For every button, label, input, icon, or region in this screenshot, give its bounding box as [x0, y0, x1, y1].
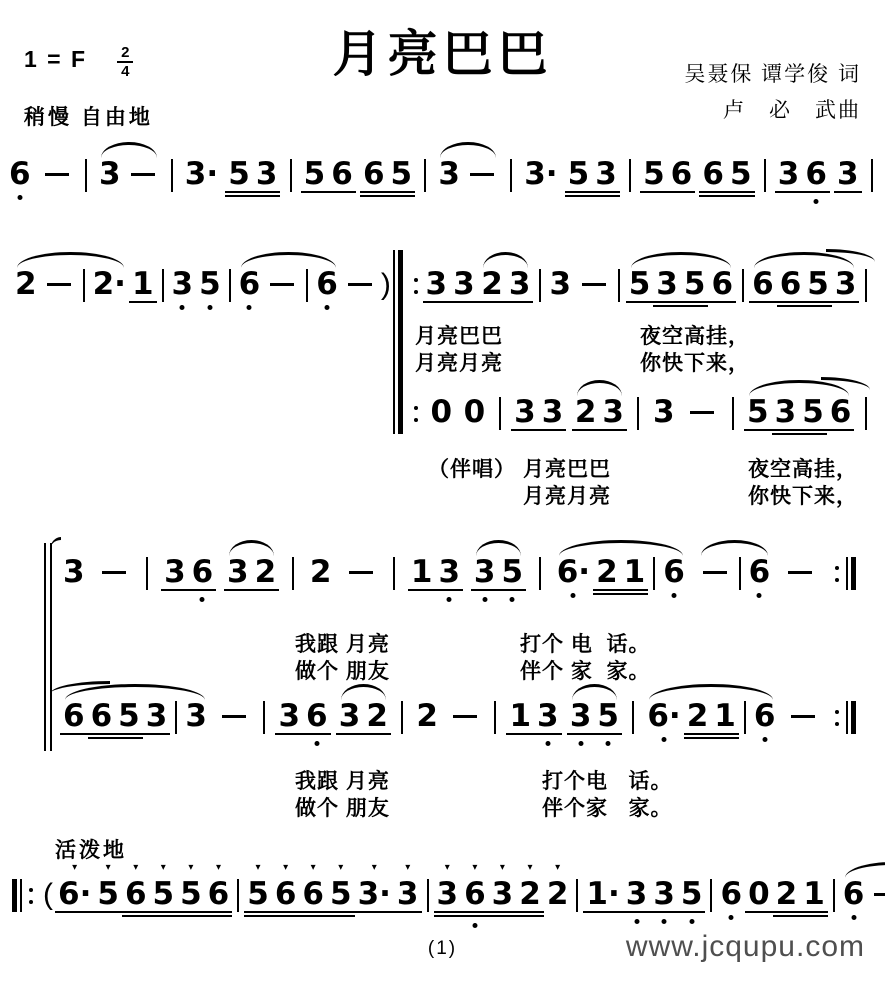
bracket-line: [50, 543, 52, 751]
repeat-dot: [414, 418, 418, 422]
note: 1: [129, 268, 157, 303]
note: 0: [461, 396, 489, 431]
note: 3: [423, 268, 451, 303]
note: 3: [772, 396, 800, 431]
note-group: [575, 268, 613, 286]
note: 2: [413, 700, 441, 735]
barline: [539, 557, 541, 590]
staccato-mark: ▾: [372, 863, 377, 873]
repeat-thick-bar: [851, 557, 856, 590]
note: 6: [749, 268, 777, 303]
note: 5: [799, 396, 827, 431]
lyric: 做个 朋友: [295, 792, 390, 822]
lyric: 伴个 家 家。: [520, 655, 651, 685]
note: 3: [547, 268, 575, 303]
octave-dot: [510, 597, 515, 602]
music-line-melody-line-2-intro: 22·13566): [12, 268, 386, 303]
staccato-mark: ▾: [106, 863, 111, 873]
note: 5: [640, 158, 668, 193]
octave-dot: [757, 593, 762, 598]
note: 1: [711, 700, 739, 735]
octave-dot: [814, 199, 819, 204]
note-group: 66: [236, 268, 341, 303]
note: 3: [511, 396, 539, 431]
barline: [632, 701, 634, 734]
note: 3: [143, 700, 171, 735]
repeat-dots: [835, 558, 839, 589]
note: 2▾: [544, 878, 572, 913]
repeat-dot: [835, 722, 839, 726]
note-group: [571, 878, 583, 912]
note-group: [627, 700, 639, 734]
octave-dot: [662, 919, 667, 924]
octave-dot: [662, 737, 667, 742]
note-group: [8, 878, 41, 912]
music-line-melody-line-1: 633·53566533·535665363: [6, 158, 878, 193]
note-group: 3▾6▾3▾2▾: [434, 878, 544, 913]
note-group: 32: [224, 556, 279, 591]
staccato-mark: ▾: [338, 863, 343, 873]
note-group: [342, 556, 380, 574]
barline: [710, 879, 712, 912]
octave-dot: [634, 919, 639, 924]
note-group: 0: [461, 396, 489, 431]
note: 3: [336, 700, 364, 735]
note-group: 3: [169, 268, 197, 303]
music-line-accompaniment-line: 00332335356: [410, 396, 872, 431]
octave-dot: [672, 593, 677, 598]
note: 3: [224, 556, 252, 591]
sustain-dash: [582, 283, 606, 286]
sustain-dash: [453, 715, 477, 718]
repeat-start: [12, 878, 37, 912]
note: 5: [744, 396, 772, 431]
note: 6: [303, 700, 331, 735]
note: 5▾: [177, 878, 205, 913]
barline: [290, 159, 292, 192]
note: 6: [189, 556, 217, 591]
lyric: 月亮月亮: [523, 480, 611, 510]
note: 6▾: [272, 878, 300, 913]
octave-dot: [762, 737, 767, 742]
note-group: 5▾6▾6▾5▾: [244, 878, 354, 913]
barline: [653, 557, 655, 590]
note-group: [505, 158, 517, 192]
note-group: 65: [360, 158, 415, 193]
note-group: [494, 396, 506, 430]
note: 6: [60, 700, 88, 735]
note-group: [95, 556, 133, 574]
note: 3: [650, 396, 678, 431]
note-group: 3: [435, 158, 501, 193]
barline: [83, 269, 85, 302]
barline: [162, 269, 164, 302]
note-group: [396, 700, 408, 734]
note-group: [410, 396, 422, 429]
note: 3: [96, 158, 124, 193]
sustain-dash: [131, 173, 155, 176]
note-group: 1·3: [583, 878, 650, 913]
barline: [175, 701, 177, 734]
note-group: 35: [650, 878, 705, 913]
note: 2▾: [516, 878, 544, 913]
barline: [510, 159, 512, 192]
sustain-dash: [349, 571, 373, 574]
repeat-dots: [29, 880, 33, 911]
staccato-mark: ▾: [216, 863, 221, 873]
note-group: [727, 396, 739, 430]
octave-dot: [17, 195, 22, 200]
repeat-dot: [835, 566, 839, 570]
note-group: 3·▾3▾: [355, 878, 422, 913]
barline: [865, 397, 867, 430]
note: 6: [777, 268, 805, 303]
note: 3: [506, 268, 534, 303]
barline: [427, 879, 429, 912]
barline: [263, 701, 265, 734]
note-group: 3·: [521, 158, 560, 193]
note: 6: [717, 878, 745, 913]
lyric: 做个 朋友: [295, 655, 390, 685]
note: 3: [592, 158, 620, 193]
note-group: (: [41, 878, 55, 911]
note-group: [410, 268, 422, 301]
repeat-end: [831, 556, 856, 590]
note-group: 3: [96, 158, 162, 193]
sustain-dash: [47, 283, 71, 286]
note: 6: [6, 158, 34, 193]
staccato-mark: ▾: [161, 863, 166, 873]
barline: [742, 269, 744, 302]
staccato-mark: ▾: [283, 863, 288, 873]
note-group: [287, 556, 299, 590]
note: 6: [802, 158, 830, 193]
note: 3: [253, 158, 281, 193]
barline: [499, 397, 501, 430]
note: 3▾: [434, 878, 462, 913]
note-group: [534, 268, 546, 302]
octave-dot: [247, 305, 252, 310]
backing-vocal-label: （伴唱）: [428, 453, 516, 483]
note: 3: [650, 878, 678, 913]
note-group: 23: [478, 268, 533, 303]
barline: [146, 557, 148, 590]
repeat-dot: [835, 578, 839, 582]
note: 1·: [583, 878, 622, 913]
note: 1: [621, 556, 649, 591]
note-group: 56: [640, 158, 695, 193]
note-group: 3: [60, 556, 88, 591]
barline: [865, 269, 867, 302]
barline: [237, 879, 239, 912]
note-group: 2: [413, 700, 441, 735]
lyric: 月亮巴巴: [523, 453, 611, 483]
sustain-dash: [791, 715, 815, 718]
note: 5: [196, 268, 224, 303]
repeat-thin-bar: [20, 879, 22, 912]
note-group: 53: [565, 158, 620, 193]
note: 6: [668, 158, 696, 193]
note-group: 56: [301, 158, 356, 193]
note: 5: [498, 556, 526, 591]
note: 3▾: [394, 878, 422, 913]
composer-credit: 卢 必 武曲: [723, 94, 861, 124]
note-group: [38, 158, 76, 176]
note-group: [827, 556, 860, 590]
lyric: 月亮巴巴: [415, 320, 503, 350]
note: 5▾: [150, 878, 178, 913]
note-group: 2▾: [544, 878, 572, 913]
note-group: [624, 158, 636, 192]
bracket-thin-line: [393, 250, 395, 434]
note-group: 36: [775, 158, 830, 193]
note-group: 5356: [626, 268, 736, 303]
octave-dot: [578, 741, 583, 746]
note: 6: [236, 268, 264, 303]
note-group: [341, 268, 379, 286]
barline: [292, 557, 294, 590]
note-group: [157, 268, 169, 302]
note: 6: [360, 158, 388, 193]
staccato-mark: ▾: [472, 863, 477, 873]
repeat-dot: [835, 710, 839, 714]
barline: [764, 159, 766, 192]
note: 2·: [90, 268, 129, 303]
note: 6: [746, 556, 774, 591]
barline: [401, 701, 403, 734]
repeat-dot: [29, 900, 33, 904]
note: 6·▾: [55, 878, 94, 913]
note: 5: [388, 158, 416, 193]
note: 5: [727, 158, 755, 193]
note-group: 6653: [749, 268, 859, 303]
barline: [744, 701, 746, 734]
note-group: 65: [699, 158, 754, 193]
barline: [85, 159, 87, 192]
note-group: [388, 556, 400, 590]
note: 3: [471, 556, 499, 591]
repeat-dots: [414, 270, 418, 301]
staccato-mark: ▾: [405, 863, 410, 873]
note-group: 13: [408, 556, 463, 591]
note-group: [80, 158, 92, 192]
barline: [618, 269, 620, 302]
repeat-thick-bar: [851, 701, 856, 734]
barline: [494, 701, 496, 734]
note: 3: [161, 556, 189, 591]
note: 3: [567, 700, 595, 735]
note: 6: [313, 268, 341, 303]
octave-dot: [606, 741, 611, 746]
note-group: 13: [506, 700, 561, 735]
note: 5▾: [244, 878, 272, 913]
note-group: 2: [307, 556, 335, 591]
music-line-accompaniment-line-2: 665333632213356·216: [60, 700, 860, 735]
tempo-marking: 稍慢 自由地: [24, 101, 153, 131]
note: 6: [708, 268, 736, 303]
note: 3: [653, 268, 681, 303]
note-group: 33: [511, 396, 566, 431]
sustain-dash: [690, 411, 714, 414]
staccato-mark: ▾: [528, 863, 533, 873]
lyric: 夜空高挂，: [748, 453, 858, 483]
repeat-end: [831, 700, 856, 734]
note: 5▾: [327, 878, 355, 913]
music-line-melody-line-3: 33632213356·2166: [60, 556, 860, 591]
note: 0: [428, 396, 456, 431]
note: 2: [307, 556, 335, 591]
octave-dot: [200, 597, 205, 602]
staccato-mark: ▾: [188, 863, 193, 873]
note-group: 23: [572, 396, 627, 431]
note: 6: [751, 700, 779, 735]
note-group: [232, 878, 244, 912]
note: 3: [834, 158, 862, 193]
lyric: 打个电 话。: [542, 765, 673, 795]
note-group: [632, 396, 644, 430]
note: 3: [775, 158, 803, 193]
staccato-mark: ▾: [256, 863, 261, 873]
note: 5: [804, 268, 832, 303]
octave-dot: [482, 597, 487, 602]
note: 3·: [521, 158, 560, 193]
note: 3: [450, 268, 478, 303]
note: 2: [478, 268, 506, 303]
note-group: 1: [129, 268, 157, 303]
octave-dot: [180, 305, 185, 310]
note: 5: [225, 158, 253, 193]
note-group: [781, 556, 819, 574]
lyric: 你快下来，: [640, 347, 750, 377]
barline: [576, 879, 578, 912]
note: 6: [328, 158, 356, 193]
octave-dot: [314, 741, 319, 746]
staccato-mark: ▾: [555, 863, 560, 873]
repeat-thick-bar: [12, 879, 17, 912]
note: 6▾: [205, 878, 233, 913]
note: 6▾: [299, 878, 327, 913]
note-group: [860, 268, 872, 302]
sustain-dash: [45, 173, 69, 176]
note-group: 6·216: [644, 700, 778, 735]
sustain-dash: [222, 715, 246, 718]
note: 2: [684, 700, 712, 735]
note: 3: [169, 268, 197, 303]
note-group: 3·: [182, 158, 221, 193]
note-group: 021: [745, 878, 828, 913]
note: 6: [827, 396, 855, 431]
note-group: [141, 556, 153, 590]
note-group: [422, 878, 434, 912]
bracket-thick-line: [398, 250, 403, 434]
note: 3: [436, 556, 464, 591]
note: 2: [252, 556, 280, 591]
lyric: 打个 电 话。: [520, 628, 651, 658]
parenthesis: (: [41, 878, 55, 911]
note-group: 36: [275, 700, 330, 735]
note: 3: [623, 878, 651, 913]
note-group: 6·216: [554, 556, 688, 591]
note-group: 6·▾5▾: [55, 878, 122, 913]
barline: [629, 159, 631, 192]
note-group: [224, 268, 236, 302]
barline: [229, 269, 231, 302]
octave-dot: [472, 923, 477, 928]
note: 3: [275, 700, 303, 735]
note-group: 5356: [744, 396, 854, 431]
repeat-dot: [414, 406, 418, 410]
note-group: [446, 700, 484, 718]
note: 3·▾: [355, 878, 394, 913]
note-group: 6: [696, 556, 774, 591]
note-group: 35: [567, 700, 622, 735]
repeat-dot: [29, 888, 33, 892]
note-group: 36: [161, 556, 216, 591]
note: 5: [678, 878, 706, 913]
sustain-dash: [874, 893, 885, 896]
note: 3: [539, 396, 567, 431]
note-group: 32: [336, 700, 391, 735]
note-group: 22·: [12, 268, 129, 303]
note: 5: [681, 268, 709, 303]
note: 6: [699, 158, 727, 193]
note-group: [285, 158, 297, 192]
repeat-dot: [414, 278, 418, 282]
tempo-marking-2: 活泼地: [55, 834, 127, 864]
note: 3: [534, 700, 562, 735]
barline: [424, 159, 426, 192]
note-group: 66: [840, 878, 885, 913]
note-group: 3: [547, 268, 575, 303]
lyric: 你快下来，: [748, 480, 858, 510]
note: 3▾: [489, 878, 517, 913]
lyricist-credit: 吴聂保 谭学俊 词: [684, 58, 861, 88]
parenthesis: ): [379, 268, 393, 301]
note: 3: [60, 556, 88, 591]
note-group: [866, 158, 878, 192]
note: 1: [408, 556, 436, 591]
note-group: 5: [196, 268, 224, 303]
note-group: 33: [423, 268, 478, 303]
note-group: [784, 700, 822, 718]
lyric: 我跟 月亮: [295, 628, 390, 658]
note: 2: [572, 396, 600, 431]
note-group: 35: [471, 556, 526, 591]
note-group: 6▾5▾5▾6▾: [122, 878, 232, 913]
note-group: 3: [650, 396, 678, 431]
note: 1: [506, 700, 534, 735]
note-group: 53: [225, 158, 280, 193]
lyric: 伴个家 家。: [542, 792, 673, 822]
staccato-mark: ▾: [72, 863, 77, 873]
barline: [739, 557, 741, 590]
sheet-music-page: 1 = F 2 4 月亮巴巴 吴聂保 谭学俊 词 卢 必 武曲 稍慢 自由地 6…: [0, 0, 885, 984]
music-line-coda-line: (6·▾5▾6▾5▾5▾6▾5▾6▾6▾5▾3·▾3▾3▾6▾3▾2▾2▾1·3…: [8, 878, 876, 913]
octave-dot: [447, 597, 452, 602]
repeat-dot: [414, 290, 418, 294]
sustain-dash: [102, 571, 126, 574]
note: 3: [435, 158, 463, 193]
note-group: [759, 158, 771, 192]
note: 0: [745, 878, 773, 913]
octave-dot: [571, 593, 576, 598]
sustain-dash: [703, 571, 727, 574]
repeat-thin-bar: [846, 701, 848, 734]
note: 2: [593, 556, 621, 591]
note: 3: [182, 700, 210, 735]
barline: [637, 397, 639, 430]
barline: [871, 159, 873, 192]
